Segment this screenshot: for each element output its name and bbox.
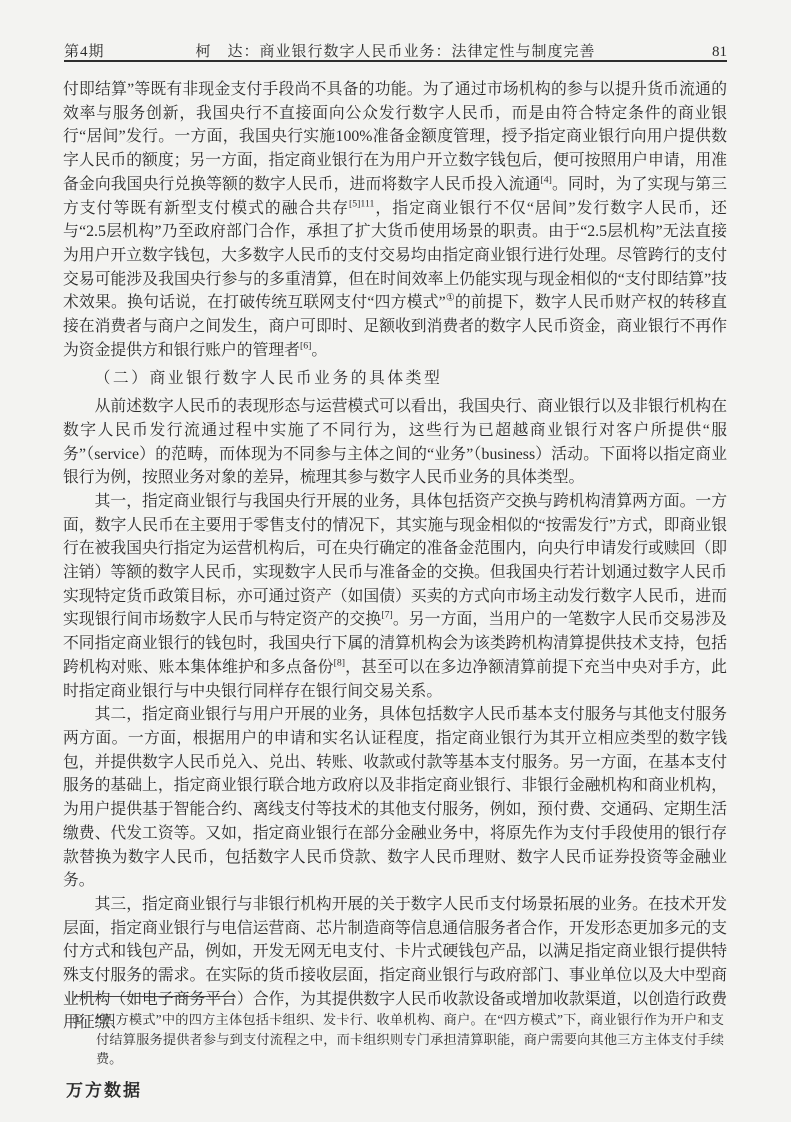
footnote: ① “四方模式”中的四方主体包括卡组织、发卡行、收单机构、商户。在“四方模式”下…	[72, 1010, 724, 1069]
paragraph-second-type: 其二，指定商业银行与用户开展的业务，具体包括数字人民币基本支付服务与其他支付服务…	[63, 703, 727, 893]
scanned-paper-page: 第4期 柯 达：商业银行数字人民币业务：法律定性与制度完善 81 付即结算”等既…	[0, 0, 791, 1122]
running-head: 第4期 柯 达：商业银行数字人民币业务：法律定性与制度完善 81	[64, 40, 727, 61]
section-heading: （二）商业银行数字人民币业务的具体类型	[63, 367, 727, 391]
footnote-divider	[74, 996, 234, 997]
journal-issue: 第4期	[64, 40, 194, 61]
article-body: 付即结算”等既有非现金支付手段尚不具备的功能。为了通过市场机构的参与以提升货币流…	[63, 78, 727, 1035]
footnote-text: “四方模式”中的四方主体包括卡组织、发卡行、收单机构、商户。在“四方模式”下，商…	[96, 1010, 724, 1069]
paragraph-first-type: 其一，指定商业银行与我国央行开展的业务，具体包括资产交换与跨机构清算两方面。一方…	[63, 490, 727, 703]
running-head-title: 柯 达：商业银行数字人民币业务：法律定性与制度完善	[194, 40, 597, 61]
paragraph-overview: 从前述数字人民币的表现形态与运营模式可以看出，我国央行、商业银行以及非银行机构在…	[63, 395, 727, 490]
header-divider	[64, 60, 727, 62]
page-number: 81	[597, 44, 727, 61]
paragraph-continued: 付即结算”等既有非现金支付手段尚不具备的功能。为了通过市场机构的参与以提升货币流…	[63, 78, 727, 362]
footnote-marker: ①	[72, 1010, 96, 1069]
wanfang-data-watermark: 万方数据	[66, 1076, 142, 1101]
